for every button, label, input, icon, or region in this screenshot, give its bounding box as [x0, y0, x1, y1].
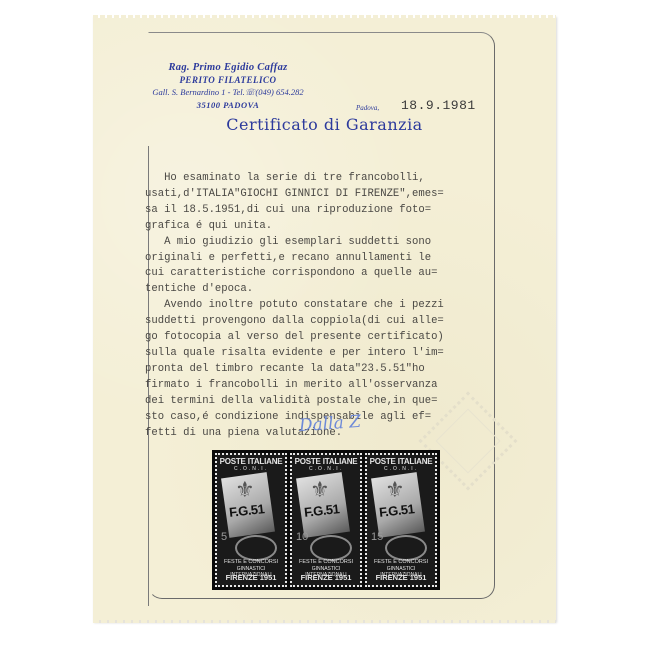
stamp-value: 5 [221, 531, 227, 543]
stamp-header: POSTE ITALIANE [217, 457, 285, 466]
stamp-2: POSTE ITALIANE C.O.N.I. ⚜ F.G.51 10 FEST… [290, 453, 362, 587]
stamp-line3: FIRENZE 1951 [217, 573, 285, 582]
fleur-de-lis-icon: ⚜ [235, 477, 255, 503]
body-line: go fotocopia al verso del presente certi… [145, 330, 505, 346]
body-line: firmato i francobolli in merito all'osse… [145, 378, 505, 394]
body-line: sulla quale risalta evidente e per inter… [145, 346, 505, 362]
stamp-line3: FIRENZE 1951 [367, 573, 435, 582]
stamp-line1: FESTE E CONCORSI [217, 559, 285, 565]
stamp-value: 10 [296, 531, 308, 543]
body-line: cui caratteristiche corrispondono a quel… [145, 266, 505, 282]
gymnastic-rings-icon [310, 535, 352, 561]
stamp-line1: FESTE E CONCORSI [367, 559, 435, 565]
stamp-coni: C.O.N.I. [367, 466, 435, 472]
certificate-title: Certificato di Garanzia [93, 115, 556, 134]
expert-city: 35100 PADOVA [138, 100, 318, 110]
fleur-de-lis-icon: ⚜ [385, 477, 405, 503]
stamp-line3: FIRENZE 1951 [292, 573, 360, 582]
expert-title: PERITO FILATELICO [138, 75, 318, 85]
expert-name: Rag. Primo Egidio Caffaz [138, 62, 318, 73]
gymnastic-rings-icon [385, 535, 427, 561]
body-line: pronta del timbro recante la data"23.5.5… [145, 362, 505, 378]
stamp-1: POSTE ITALIANE C.O.N.I. ⚜ F.G.51 5 FESTE… [215, 453, 287, 587]
body-line: A mio giudizio gli esemplari suddetti so… [145, 235, 505, 251]
stamp-strip: POSTE ITALIANE C.O.N.I. ⚜ F.G.51 5 FESTE… [212, 450, 440, 590]
stamp-coni: C.O.N.I. [217, 466, 285, 472]
body-line: tentiche d'epoca. [145, 282, 505, 298]
body-line: Ho esaminato la serie di tre francobolli… [145, 171, 505, 187]
fleur-de-lis-icon: ⚜ [310, 477, 330, 503]
certificate-body: Ho esaminato la serie di tre francobolli… [145, 171, 505, 441]
stamp-3: POSTE ITALIANE C.O.N.I. ⚜ F.G.51 15 FEST… [365, 453, 437, 587]
stamp-value: 15 [371, 531, 383, 543]
stamp-header: POSTE ITALIANE [367, 457, 435, 466]
gymnastic-rings-icon [235, 535, 277, 561]
stamp-coni: C.O.N.I. [292, 466, 360, 472]
body-line: originali e perfetti,e recano annullamen… [145, 251, 505, 267]
place-label: Padova, [356, 104, 379, 112]
body-line: suddetti provengono dalla coppiola(di cu… [145, 314, 505, 330]
body-line: usati,d'ITALIA"GIOCHI GINNICI DI FIRENZE… [145, 187, 505, 203]
letterhead: Rag. Primo Egidio Caffaz PERITO FILATELI… [138, 62, 318, 110]
certificate-date: 18.9.1981 [401, 98, 476, 113]
body-line: Avendo inoltre potuto constatare che i p… [145, 298, 505, 314]
body-line: grafica é qui unita. [145, 219, 505, 235]
stamp-line1: FESTE E CONCORSI [292, 559, 360, 565]
certificate-paper: Rag. Primo Egidio Caffaz PERITO FILATELI… [93, 16, 556, 622]
stamp-header: POSTE ITALIANE [292, 457, 360, 466]
body-line: sa il 18.5.1951,di cui una riproduzione … [145, 203, 505, 219]
expert-address: Gall. S. Bernardino 1 - Tel.☏(049) 654.2… [138, 87, 318, 98]
